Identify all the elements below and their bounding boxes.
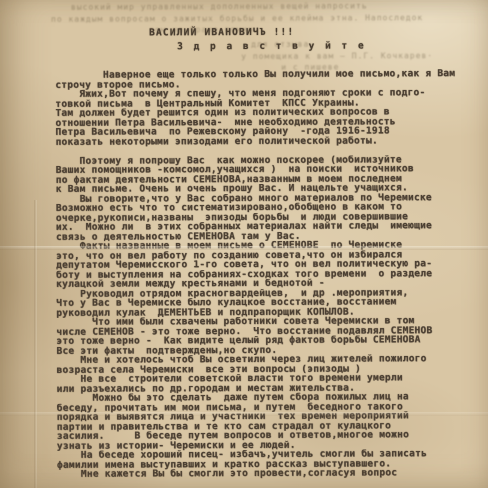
scanned-letter-page: { "paper": { "background_color": "#d9c6a… [0,0,488,488]
greeting-line: З д р а в с т в у й т е [177,40,366,52]
addressee-line: ВАСИЛИЙ ИВАНОВИЧЪ !!! [149,27,294,39]
letter-body: Наверное еще только только Вы получили м… [55,69,485,479]
bleedthrough-text: по каждым вопросам о зажитых борьбы и ее… [51,13,423,24]
document-line: Наверное еще только только Вы получили м… [55,69,483,80]
bleedthrough-text: высокий мир управленных дополненных веще… [71,1,368,11]
letter-sheet: высокий мир управленных дополненных веще… [0,0,488,488]
bleedthrough-text: у помещика к вам — П.Г. Кочкарев· [241,51,433,61]
document-line: Мне кажется Вы бы смогли это провести,со… [57,468,485,479]
